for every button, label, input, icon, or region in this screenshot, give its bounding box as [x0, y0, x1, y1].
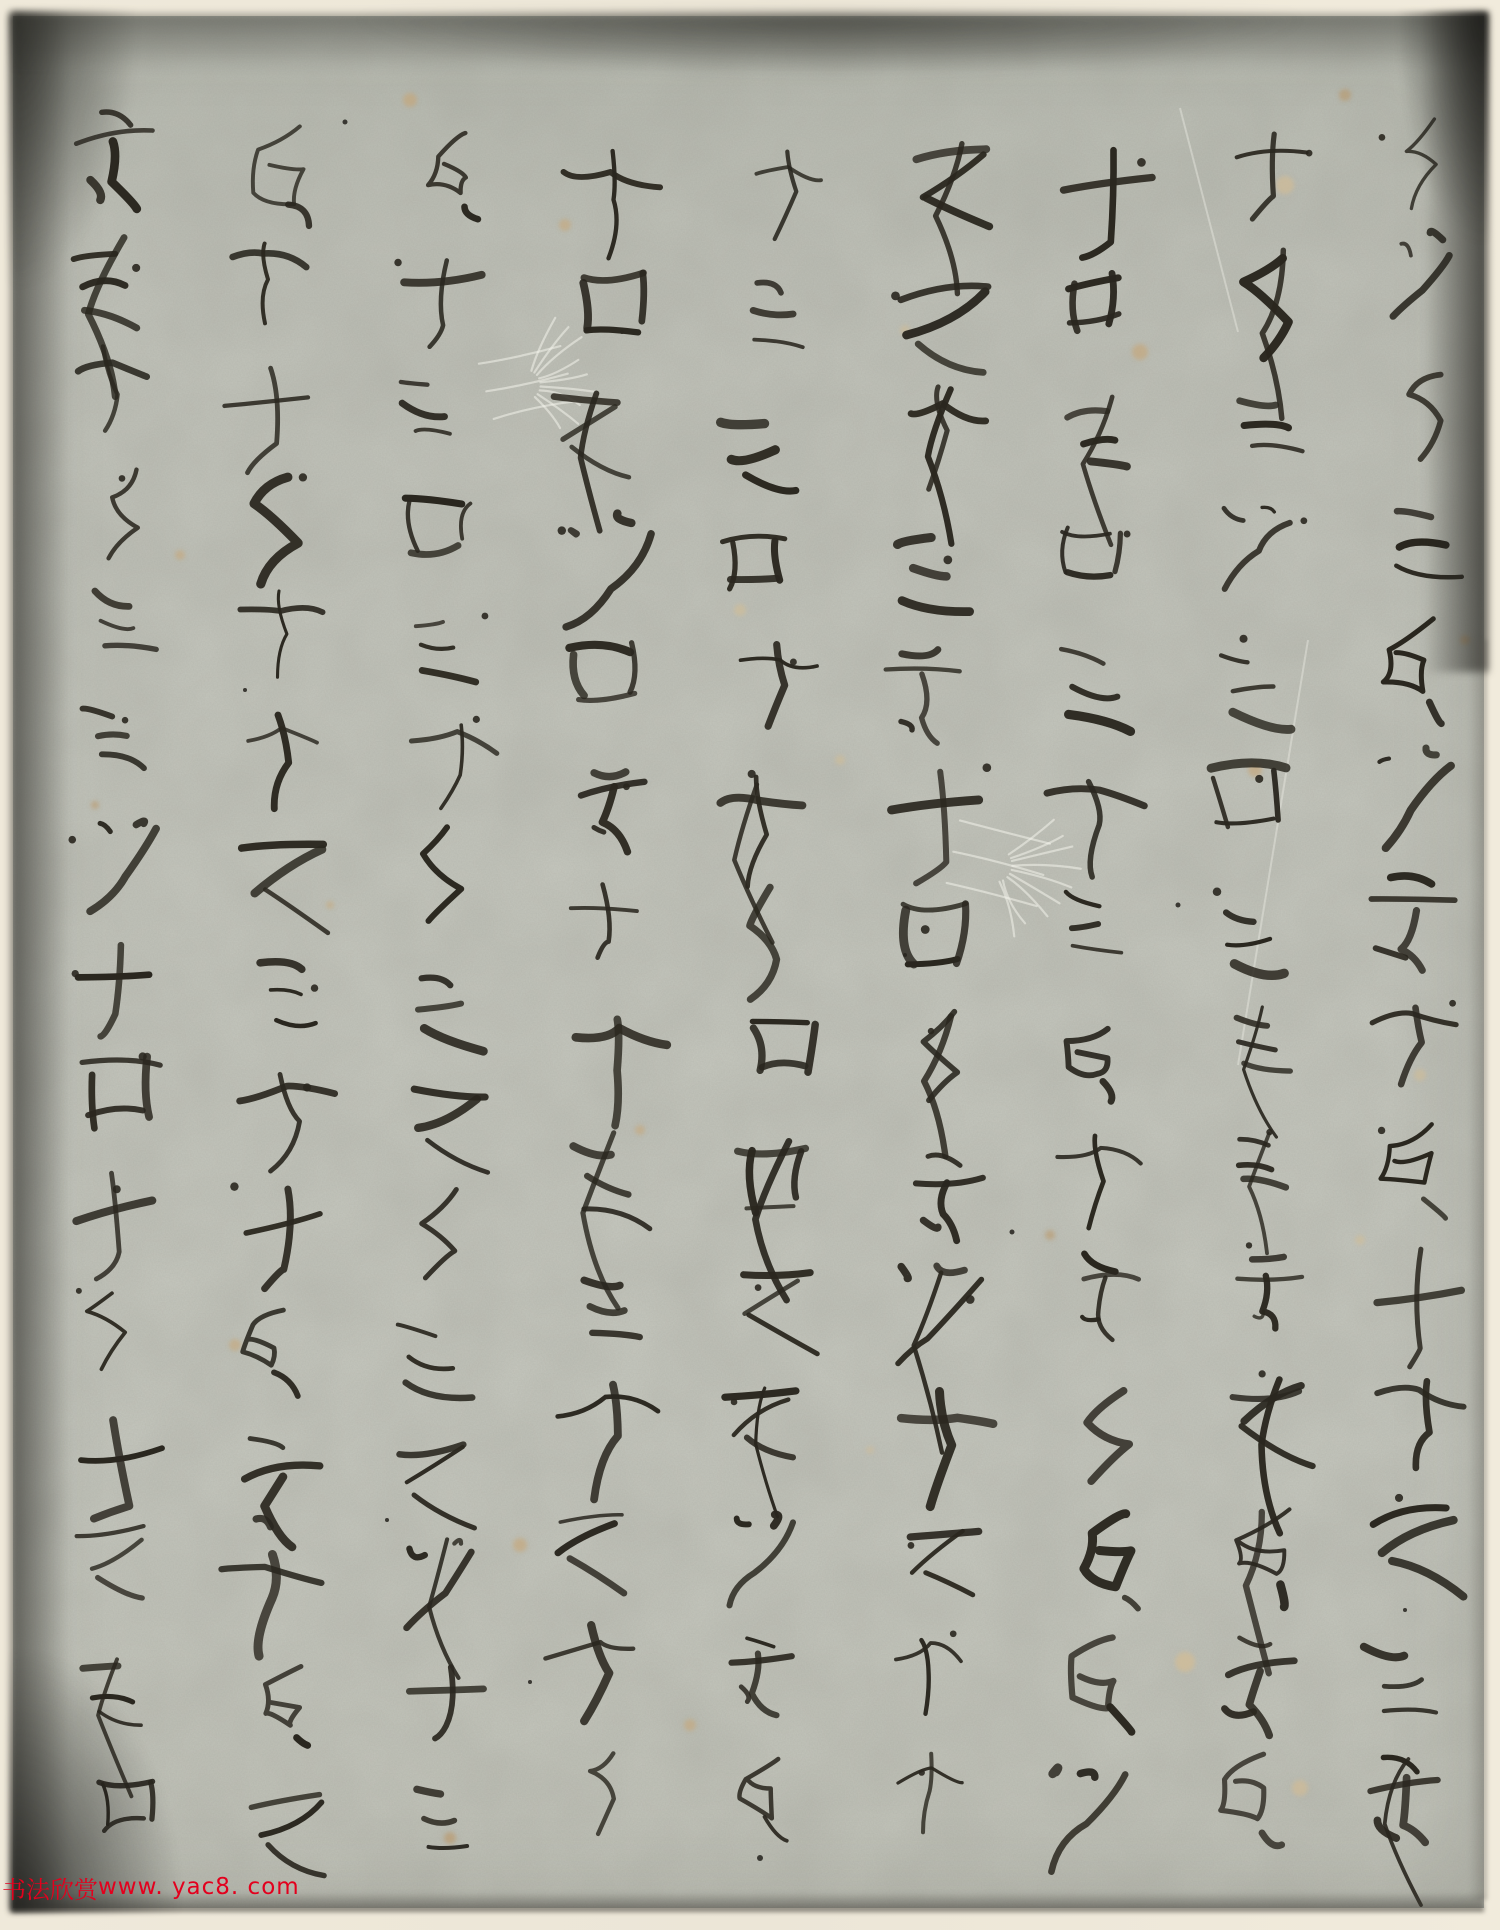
site-watermark-url: www. yac8. com — [98, 1874, 300, 1900]
site-watermark: 书法欣赏www. yac8. com — [2, 1872, 300, 1902]
calligraphy-ink-layer — [0, 0, 1500, 1930]
photo-mount: { "artwork": { "kind": "Photographic rep… — [0, 0, 1500, 1930]
site-watermark-chinese: 书法欣赏 — [2, 1870, 98, 1905]
ink-columns — [68, 112, 1463, 1905]
